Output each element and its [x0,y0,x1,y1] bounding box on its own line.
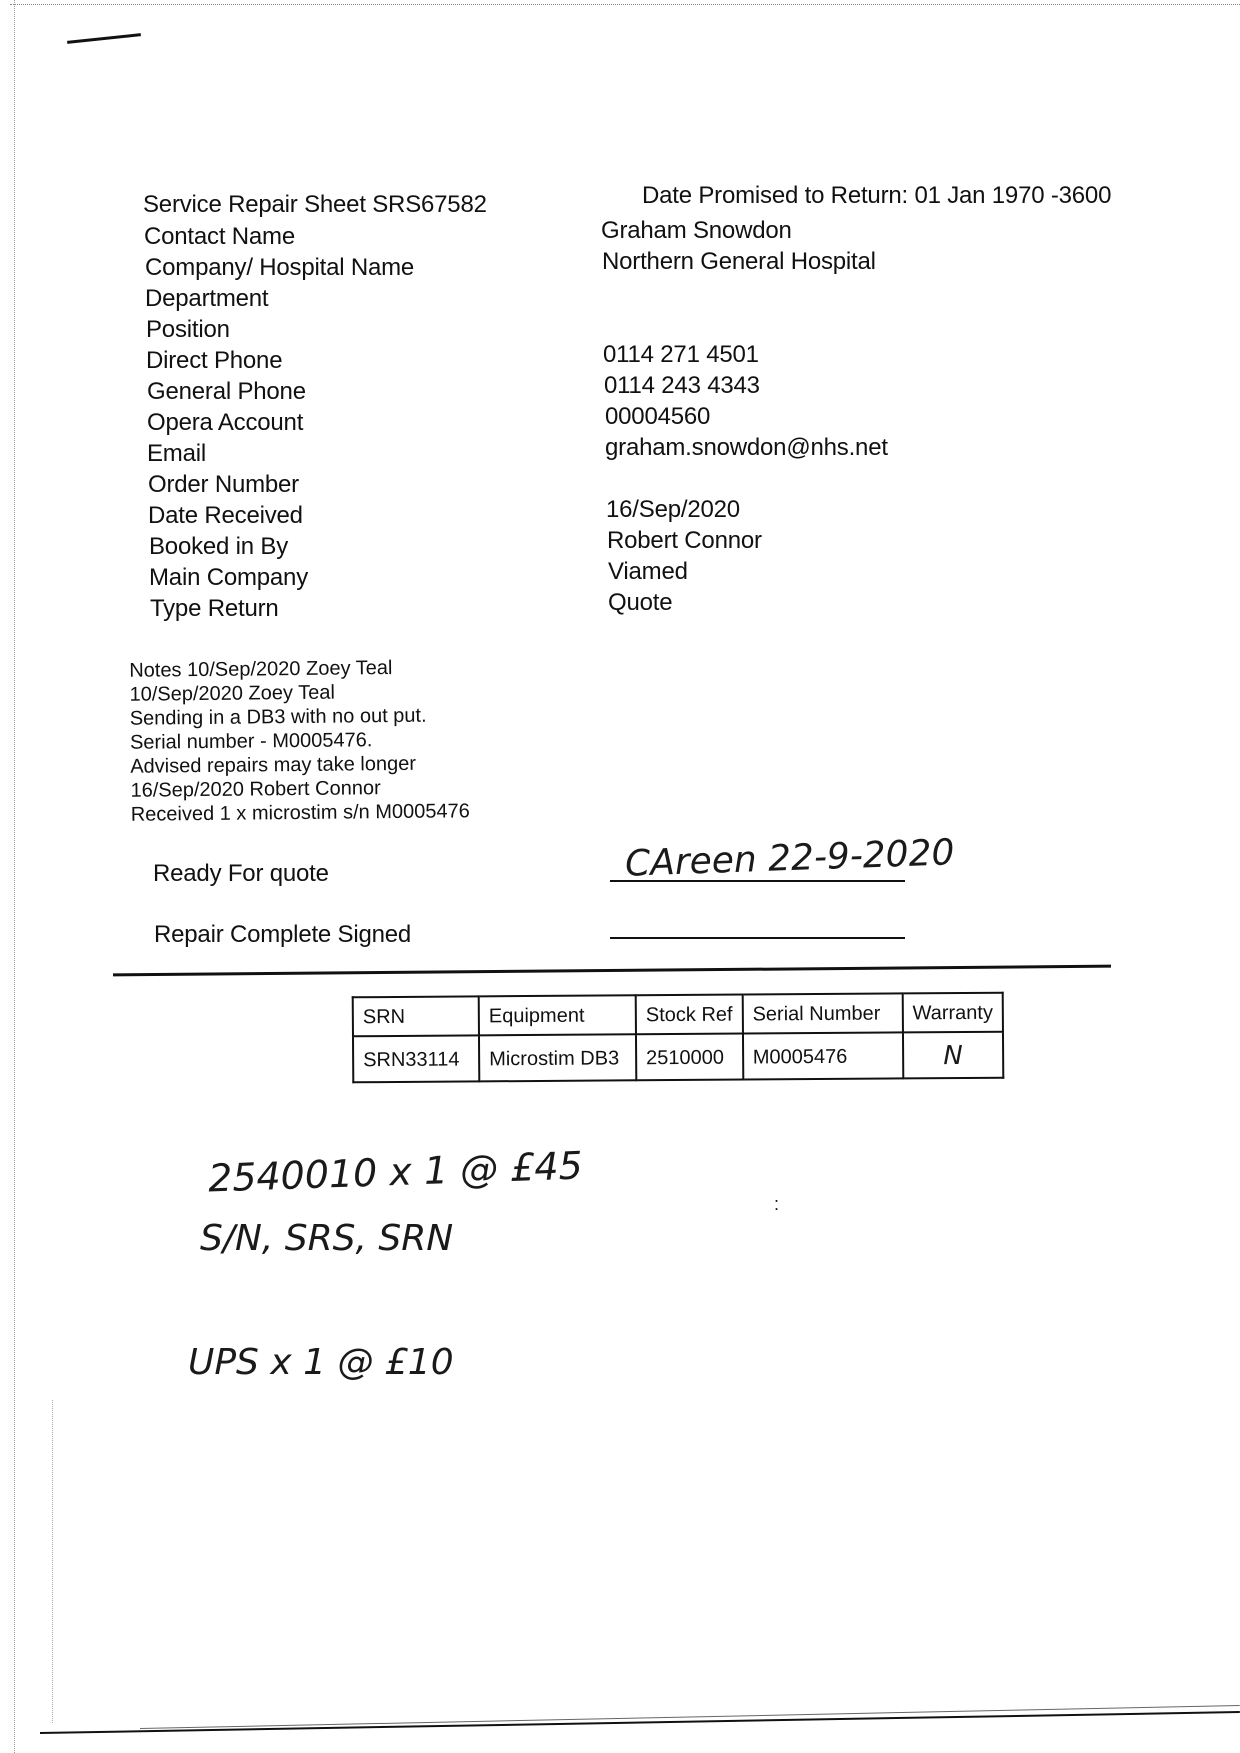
section-divider [113,965,1111,977]
scan-speck: : [774,1194,779,1215]
field-value: graham.snowdon@nhs.net [605,434,888,462]
field-value: 0114 271 4501 [603,341,759,369]
note-line: Sending in a DB3 with no out put. [130,703,469,731]
note-line: Received 1 x microstim s/n M0005476 [131,799,470,827]
field-label: Email [147,440,206,468]
header-serial-number: Serial Number [742,993,902,1033]
signature-line-quote [610,880,905,882]
ready-for-quote-signature: CAreen 22-9-2020 [624,832,955,884]
scan-edge-left [14,0,15,1753]
field-label: Order Number [148,471,299,499]
header-equipment: Equipment [479,995,636,1035]
header-srn: SRN [353,996,479,1036]
field-value: Quote [608,589,672,617]
pen-stroke [67,33,141,44]
field-value: 16/Sep/2020 [606,496,740,524]
note-line: Advised repairs may take longer [130,751,469,779]
header-warranty: Warranty [902,993,1003,1033]
field-label: Opera Account [147,409,303,437]
field-label: Contact Name [144,223,295,251]
notes-block: Notes 10/Sep/2020 Zoey Teal 10/Sep/2020 … [129,655,470,827]
note-line: 10/Sep/2020 Zoey Teal [129,679,468,707]
cell-equipment: Microstim DB3 [479,1034,636,1081]
repair-complete-label: Repair Complete Signed [154,921,411,949]
note-line: Notes 10/Sep/2020 Zoey Teal [129,655,468,683]
field-value: 0114 243 4343 [604,372,760,400]
scan-edge-bottom-2 [140,1705,1240,1729]
table-row: SRN33114 Microstim DB3 2510000 M0005476 … [353,1032,1003,1083]
cell-srn: SRN33114 [353,1035,479,1082]
table-header-row: SRN Equipment Stock Ref Serial Number Wa… [353,993,1003,1037]
sheet-title: Service Repair Sheet SRS67582 [143,191,487,219]
handwritten-line-2: S/N, SRS, SRN [200,1218,453,1259]
scan-edge-top [10,4,1240,5]
field-value: Robert Connor [607,527,762,555]
date-promised: Date Promised to Return: 01 Jan 1970 -36… [642,182,1111,210]
cell-warranty: N [903,1032,1004,1079]
field-label: Company/ Hospital Name [145,254,414,282]
field-value: 00004560 [605,403,710,431]
scan-edge-left-inner [52,1400,53,1723]
cell-stock-ref: 2510000 [636,1034,743,1081]
handwritten-line-3: UPS x 1 @ £10 [188,1342,454,1383]
field-label: General Phone [147,378,306,406]
note-line: Serial number - M0005476. [130,727,469,755]
signature-line-repair [610,937,905,939]
field-label: Date Received [148,502,303,530]
handwritten-line-1: 2540010 x 1 @ £45 [207,1143,583,1200]
ready-for-quote-label: Ready For quote [153,860,329,888]
field-label: Type Return [150,595,279,623]
cell-serial-number: M0005476 [743,1032,903,1079]
scan-edge-bottom [40,1711,1240,1734]
header-stock-ref: Stock Ref [636,995,743,1035]
field-value: Graham Snowdon [601,217,792,245]
note-line: 16/Sep/2020 Robert Connor [130,775,469,803]
field-label: Booked in By [149,533,288,561]
field-label: Position [146,316,230,344]
field-label: Department [145,285,268,313]
field-value: Northern General Hospital [602,248,876,276]
equipment-table: SRN Equipment Stock Ref Serial Number Wa… [352,992,1005,1084]
field-value: Viamed [608,558,688,586]
field-label: Main Company [149,564,308,592]
field-label: Direct Phone [146,347,282,375]
